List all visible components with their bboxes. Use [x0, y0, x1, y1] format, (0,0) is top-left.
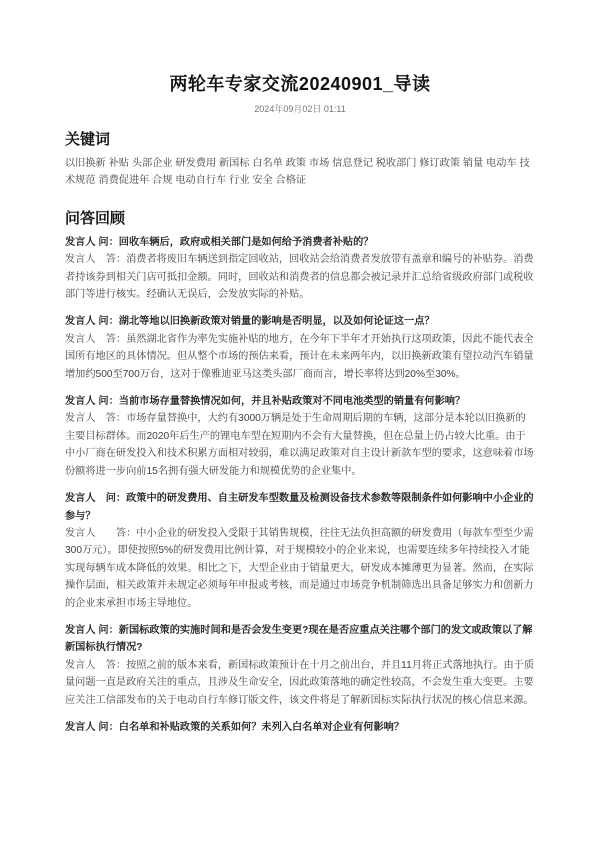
qa-answer: 发言人 答：按照之前的版本来看，新国标政策预计在十月之前出台，并且11月将正式落…	[65, 657, 535, 709]
qa-answer: 发言人 答：市场存量替换中，大约有3000万辆是处于生命周期后期的车辆，这部分是…	[65, 410, 535, 480]
qa-item: 发言人 问：政策中的研发费用、自主研发车型数量及检测设备技术参数等限制条件如何影…	[65, 490, 535, 612]
qa-answer: 发言人 答：中小企业的研发投入受限于其销售规模，往往无法负担高额的研发费用（每款…	[65, 525, 535, 612]
document-title: 两轮车专家交流20240901_导读	[65, 73, 535, 95]
qa-item: 发言人 问：新国标政策的实施时间和是否会发生变更?现在是否应重点关注哪个部门的发…	[65, 622, 535, 709]
qa-question: 发言人 问：白名单和补贴政策的关系如何？未列入白名单对企业有何影响？	[65, 719, 535, 736]
qa-question: 发言人 问：湖北等地以旧换新政策对销量的影响是否明显，以及如何论证这一点？	[65, 313, 535, 330]
qa-list: 发言人 问：回收车辆后，政府或相关部门是如何给予消费者补贴的？发言人 答：消费者…	[65, 234, 535, 737]
qa-answer: 发言人 答：虽然湖北省作为率先实施补贴的地方，在今年下半年才开始执行这项政策，因…	[65, 331, 535, 383]
qa-question: 发言人 问：新国标政策的实施时间和是否会发生变更?现在是否应重点关注哪个部门的发…	[65, 622, 535, 657]
qa-item: 发言人 问：湖北等地以旧换新政策对销量的影响是否明显，以及如何论证这一点？发言人…	[65, 313, 535, 383]
qa-item: 发言人 问：当前市场存量替换情况如何，并且补贴政策对不同电池类型的销量有何影响？…	[65, 393, 535, 480]
qa-item: 发言人 问：回收车辆后，政府或相关部门是如何给予消费者补贴的？发言人 答：消费者…	[65, 234, 535, 304]
document-page: 两轮车专家交流20240901_导读 2024年09月02日 01:11 关键词…	[0, 0, 595, 841]
qa-question: 发言人 问：当前市场存量替换情况如何，并且补贴政策对不同电池类型的销量有何影响？	[65, 393, 535, 410]
qa-question: 发言人 问：回收车辆后，政府或相关部门是如何给予消费者补贴的？	[65, 234, 535, 251]
qa-item: 发言人 问：白名单和补贴政策的关系如何？未列入白名单对企业有何影响？	[65, 719, 535, 736]
qa-answer: 发言人 答：消费者将废旧车辆送到指定回收站，回收站会给消费者发放带有盖章和编号的…	[65, 251, 535, 303]
qa-heading: 问答回顾	[65, 210, 535, 228]
qa-question: 发言人 问：政策中的研发费用、自主研发车型数量及检测设备技术参数等限制条件如何影…	[65, 490, 535, 525]
keywords-heading: 关键词	[65, 131, 535, 149]
keywords-text: 以旧换新 补贴 头部企业 研发费用 新国标 白名单 政策 市场 信息登记 税收部…	[65, 155, 535, 190]
document-date: 2024年09月02日 01:11	[65, 103, 535, 115]
